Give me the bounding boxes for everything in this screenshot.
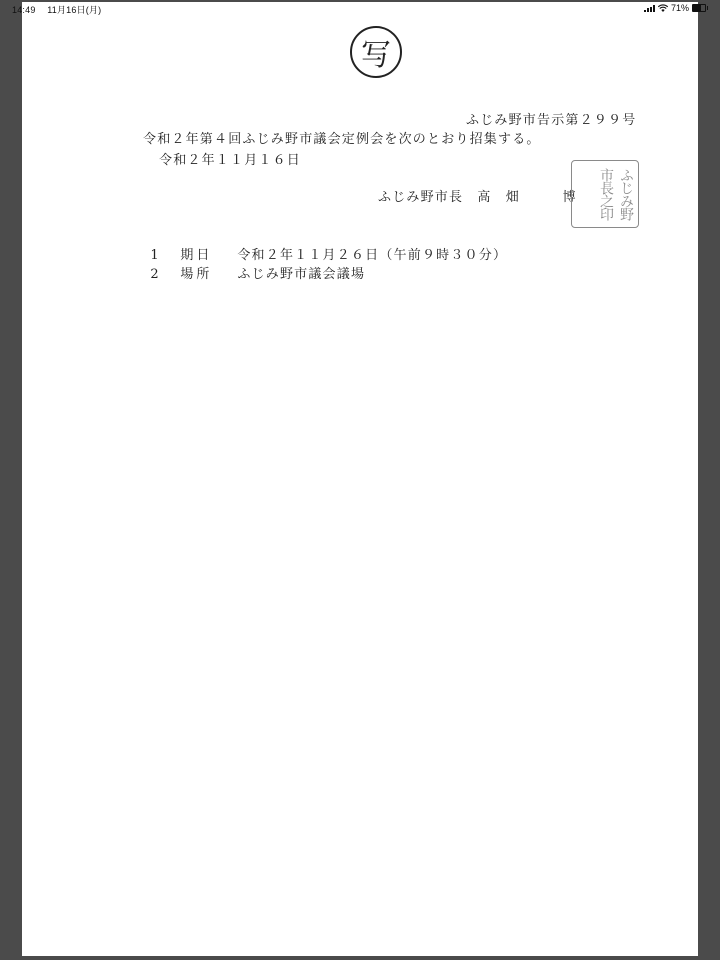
battery-icon (692, 4, 706, 12)
wifi-icon (658, 4, 668, 12)
status-time: 14:49 (12, 5, 36, 15)
item-label: 場所 (180, 263, 237, 282)
status-right: 71% (644, 3, 706, 13)
item-number: 2 (150, 267, 180, 282)
signal-icon (644, 5, 655, 12)
issue-date: 令和２年１１月１６日 (159, 149, 301, 168)
list-item: 2場所ふじみ野市議会議場 (129, 248, 365, 297)
status-date: 11月16日(月) (47, 5, 101, 15)
signer: ふじみ野市長 高 畑 博 (378, 186, 577, 205)
official-seal: ふじみ野市長之印 (571, 160, 639, 228)
status-bar: 14:49 11月16日(月) 71% (0, 0, 720, 16)
official-seal-text: ふじみ野市長之印 (574, 163, 636, 225)
copy-stamp-glyph: 写 (361, 30, 391, 74)
lead-text: 令和２年第４回ふじみ野市議会定例会を次のとおり招集する。 (143, 128, 541, 147)
status-left: 14:49 11月16日(月) (12, 3, 101, 16)
document-page: 写 ふじみ野市告示第２９９号 令和２年第４回ふじみ野市議会定例会を次のとおり招集… (22, 2, 698, 956)
battery-percent: 71% (671, 3, 689, 13)
notice-number: ふじみ野市告示第２９９号 (466, 109, 636, 128)
item-value: ふじみ野市議会議場 (237, 267, 365, 282)
copy-stamp: 写 (350, 26, 402, 78)
